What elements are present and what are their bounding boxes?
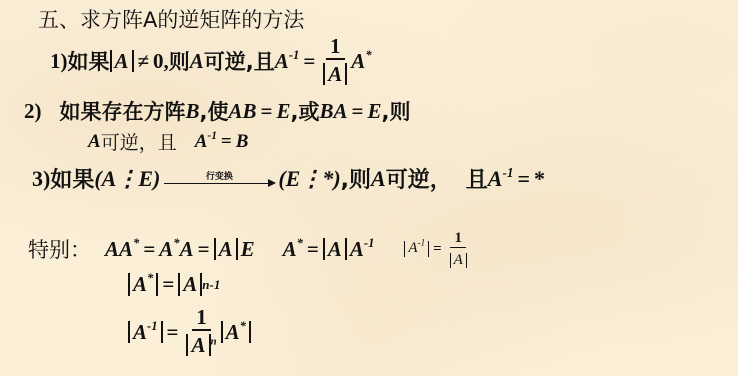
equals: = [158,272,178,297]
method-3-label: 3) [32,166,50,192]
identity-e: E [241,237,255,262]
method-2-text4: ,则 [381,96,410,126]
special-line-2: A* = A n-1 [128,272,220,297]
equals: = [299,49,319,74]
fraction-numerator: 1 [450,230,466,248]
det-a-inverse: A-1 [404,241,429,257]
method-2-label: 2) [24,99,42,124]
invertible-text: 可逆， [386,163,452,194]
det-a-inverse: A-1 [128,321,163,343]
formula-det-inverse-small: A-1 = 1 A [404,230,470,268]
and-text: 且 [254,46,275,76]
equals: = [139,237,159,262]
method-2: 2) 如果存在方阵 B ,使 AB = E ,或 BA = E ,则 [24,96,410,126]
formula-aa-star: AA* [105,237,139,262]
det-a-star: A* [128,273,158,295]
zero: 0, [153,49,169,74]
then-text: 则 [169,46,190,76]
equals: = [429,241,446,258]
expr-ba: BA [319,99,347,124]
var-a: A [190,49,204,74]
a-inverse: A-1 [350,237,375,262]
invertible-text: 可逆， [101,128,158,155]
special-line-3: A-1 = 1 An A* [128,306,251,358]
equals: = [257,99,277,124]
fraction-denominator: A [323,63,347,85]
method-3: 3) 如果 (A⋮E) 行变换 (E⋮*) ,则 A 可逆， 且 A-1 = * [32,163,545,194]
fraction: 1 An [186,306,216,358]
method-2-text1: 如果存在方阵 [60,96,186,126]
identity-e: E [367,99,381,124]
and-text: 且 [466,163,488,194]
equals: = [303,237,323,262]
star: * [534,166,545,192]
equals: = [194,237,214,262]
equals: = [217,131,236,153]
fraction-numerator: 1 [192,306,211,331]
formula-a-star-a: A*A [159,237,193,262]
det-a: A [323,238,347,260]
special-line-1: 特别： AA* = A*A = A E A* = A A-1 A-1 = 1 A [28,230,471,268]
fraction-denominator: A [186,334,210,356]
augmented-matrix-e-star: (E⋮*) [278,166,340,192]
method-3-then: ,则 [341,163,371,194]
det-a-star: A* [221,321,251,343]
var-a: A [88,131,101,153]
a-inverse: A-1 [275,49,300,74]
fraction: 1 A [323,35,347,87]
arrow-right-icon [164,183,274,185]
and-text: 且 [158,128,177,155]
a-adjoint: A* [351,49,371,74]
equals: = [348,99,368,124]
a-inverse: A-1 [195,131,217,153]
row-transform-arrow: 行变换 [164,173,274,185]
method-2-text2: ,使 [200,96,229,126]
method-1-label: 1) [50,49,68,74]
var-b: B [236,131,249,153]
det-a: A [110,50,134,72]
method-2-conclusion: A 可逆， 且 A-1 = B [88,128,248,155]
exponent-n: n [211,335,217,347]
special-label: 特别： [28,234,91,264]
fraction: 1 A [450,230,467,268]
arrow-label: 行变换 [206,173,233,182]
expr-ab: AB [229,99,257,124]
identity-e: E [276,99,290,124]
method-1-prefix: 如果 [68,46,110,76]
det-a: A [178,273,202,295]
method-3-prefix: 如果 [50,163,94,194]
slide-title: 五、求方阵A的逆矩阵的方法 [38,4,304,34]
det-a: A [214,238,238,260]
equals: = [163,320,183,345]
var-a: A [371,166,386,192]
fraction-numerator: 1 [326,35,345,60]
invertible-text: 可逆, [204,46,254,76]
neq-symbol: ≠ [134,49,154,74]
method-1: 1) 如果 A ≠ 0, 则 A 可逆, 且 A-1 = 1 A A* [50,36,372,86]
a-inverse: A-1 [488,166,514,192]
fraction-denominator: A [450,253,467,269]
title-text: 五、求方阵A的逆矩阵的方法 [38,4,304,34]
equals: = [513,166,534,192]
var-b: B [186,99,200,124]
augmented-matrix-ae: (A⋮E) [94,166,160,192]
formula-a-star: A* [283,237,303,262]
method-2-text3: ,或 [291,96,320,126]
